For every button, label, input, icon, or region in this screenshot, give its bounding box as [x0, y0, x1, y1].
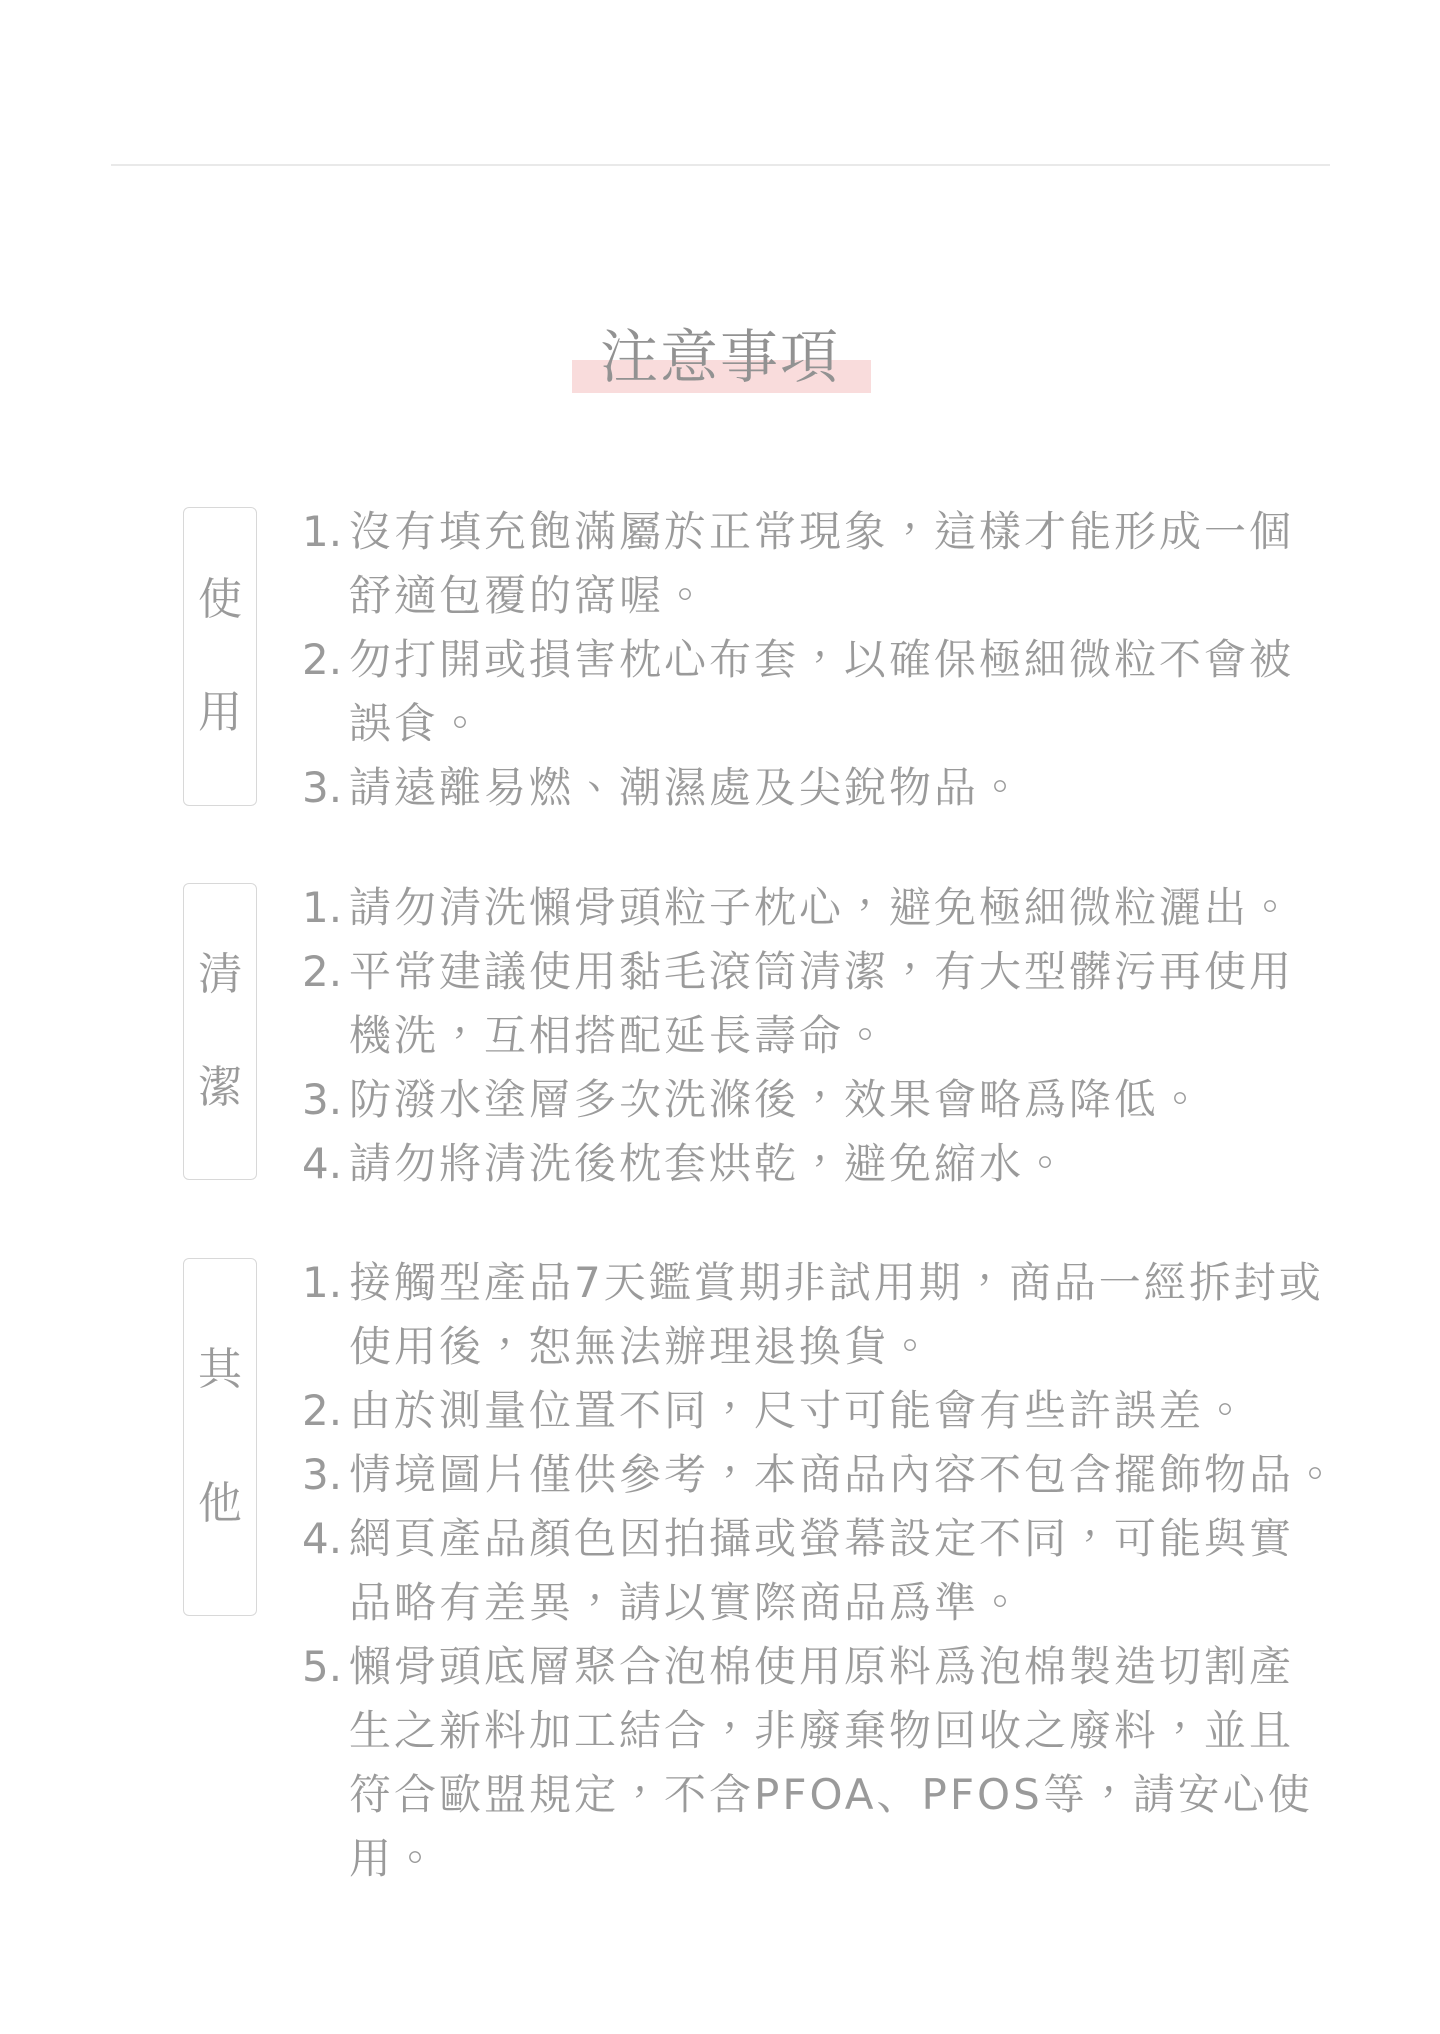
top-divider [111, 164, 1330, 166]
item-number: 5. [302, 1635, 342, 1699]
section-label-char: 潔 [198, 1066, 242, 1110]
list-item: 1. 沒有填充飽滿屬於正常現象，這樣才能形成一個 舒適包覆的窩喔。 [302, 500, 1342, 628]
page-title: 注意事項 [600, 326, 840, 388]
item-number: 3. [302, 1068, 342, 1132]
item-number: 4. [302, 1132, 342, 1196]
list-item: 3. 請遠離易燃、潮濕處及尖銳物品。 [302, 756, 1342, 820]
section-cleaning: 清 潔 1. 請勿清洗懶骨頭粒子枕心，避免極細微粒灑出。 2. 平常建議使用黏毛… [183, 876, 1342, 1196]
item-number: 3. [302, 756, 342, 820]
item-number: 1. [302, 1251, 342, 1315]
item-number: 4. [302, 1507, 342, 1571]
item-text: 請勿清洗懶骨頭粒子枕心，避免極細微粒灑出。 [349, 883, 1294, 932]
list-item: 3. 情境圖片僅供參考，本商品內容不包含擺飾物品。 [302, 1443, 1342, 1507]
section-label-char: 使 [198, 578, 242, 622]
section-cleaning-label-box: 清 潔 [183, 883, 257, 1180]
list-item: 4. 網頁產品顏色因拍攝或螢幕設定不同，可能與實 品略有差異，請以實際商品爲準。 [302, 1507, 1342, 1635]
item-number: 2. [302, 1379, 342, 1443]
list-item: 5. 懶骨頭底層聚合泡棉使用原料爲泡棉製造切割產 生之新料加工結合，非廢棄物回收… [302, 1635, 1342, 1891]
item-text: 請遠離易燃、潮濕處及尖銳物品。 [349, 763, 1024, 812]
list-item: 3. 防潑水塗層多次洗滌後，效果會略爲降低。 [302, 1068, 1342, 1132]
list-item: 2. 勿打開或損害枕心布套，以確保極細微粒不會被 誤食。 [302, 628, 1342, 756]
section-others-items: 1. 接觸型產品7天鑑賞期非試用期，商品一經拆封或 使用後，恕無法辦理退換貨。 … [302, 1251, 1342, 1891]
title-area: 注意事項 [0, 326, 1440, 388]
section-label-char: 其 [198, 1348, 242, 1392]
item-text: 網頁產品顏色因拍攝或螢幕設定不同，可能與實 品略有差異，請以實際商品爲準。 [349, 1514, 1294, 1627]
item-text: 由於測量位置不同，尺寸可能會有些許誤差。 [349, 1386, 1249, 1435]
item-text: 接觸型產品7天鑑賞期非試用期，商品一經拆封或 使用後，恕無法辦理退換貨。 [349, 1258, 1324, 1371]
item-number: 1. [302, 876, 342, 940]
section-usage-label-box: 使 用 [183, 507, 257, 806]
section-label-char: 用 [198, 691, 242, 735]
section-usage: 使 用 1. 沒有填充飽滿屬於正常現象，這樣才能形成一個 舒適包覆的窩喔。 2.… [183, 500, 1342, 820]
list-item: 2. 由於測量位置不同，尺寸可能會有些許誤差。 [302, 1379, 1342, 1443]
item-text: 請勿將清洗後枕套烘乾，避免縮水。 [349, 1139, 1069, 1188]
item-number: 2. [302, 940, 342, 1004]
item-text: 情境圖片僅供參考，本商品內容不包含擺飾物品。 [349, 1450, 1339, 1499]
item-text: 勿打開或損害枕心布套，以確保極細微粒不會被 誤食。 [349, 635, 1294, 748]
section-label-char: 清 [198, 953, 242, 997]
item-number: 1. [302, 500, 342, 564]
section-label-char: 他 [198, 1482, 242, 1526]
list-item: 1. 請勿清洗懶骨頭粒子枕心，避免極細微粒灑出。 [302, 876, 1342, 940]
section-cleaning-items: 1. 請勿清洗懶骨頭粒子枕心，避免極細微粒灑出。 2. 平常建議使用黏毛滾筒清潔… [302, 876, 1342, 1196]
item-number: 2. [302, 628, 342, 692]
item-text: 懶骨頭底層聚合泡棉使用原料爲泡棉製造切割產 生之新料加工結合，非廢棄物回收之廢料… [349, 1642, 1313, 1883]
item-text: 沒有填充飽滿屬於正常現象，這樣才能形成一個 舒適包覆的窩喔。 [349, 507, 1294, 620]
list-item: 4. 請勿將清洗後枕套烘乾，避免縮水。 [302, 1132, 1342, 1196]
section-others: 其 他 1. 接觸型產品7天鑑賞期非試用期，商品一經拆封或 使用後，恕無法辦理退… [183, 1251, 1342, 1891]
section-usage-items: 1. 沒有填充飽滿屬於正常現象，這樣才能形成一個 舒適包覆的窩喔。 2. 勿打開… [302, 500, 1342, 820]
list-item: 1. 接觸型產品7天鑑賞期非試用期，商品一經拆封或 使用後，恕無法辦理退換貨。 [302, 1251, 1342, 1379]
item-number: 3. [302, 1443, 342, 1507]
item-text: 平常建議使用黏毛滾筒清潔，有大型髒污再使用 機洗，互相搭配延長壽命。 [349, 947, 1294, 1060]
section-others-label-box: 其 他 [183, 1258, 257, 1616]
list-item: 2. 平常建議使用黏毛滾筒清潔，有大型髒污再使用 機洗，互相搭配延長壽命。 [302, 940, 1342, 1068]
item-text: 防潑水塗層多次洗滌後，效果會略爲降低。 [349, 1075, 1204, 1124]
